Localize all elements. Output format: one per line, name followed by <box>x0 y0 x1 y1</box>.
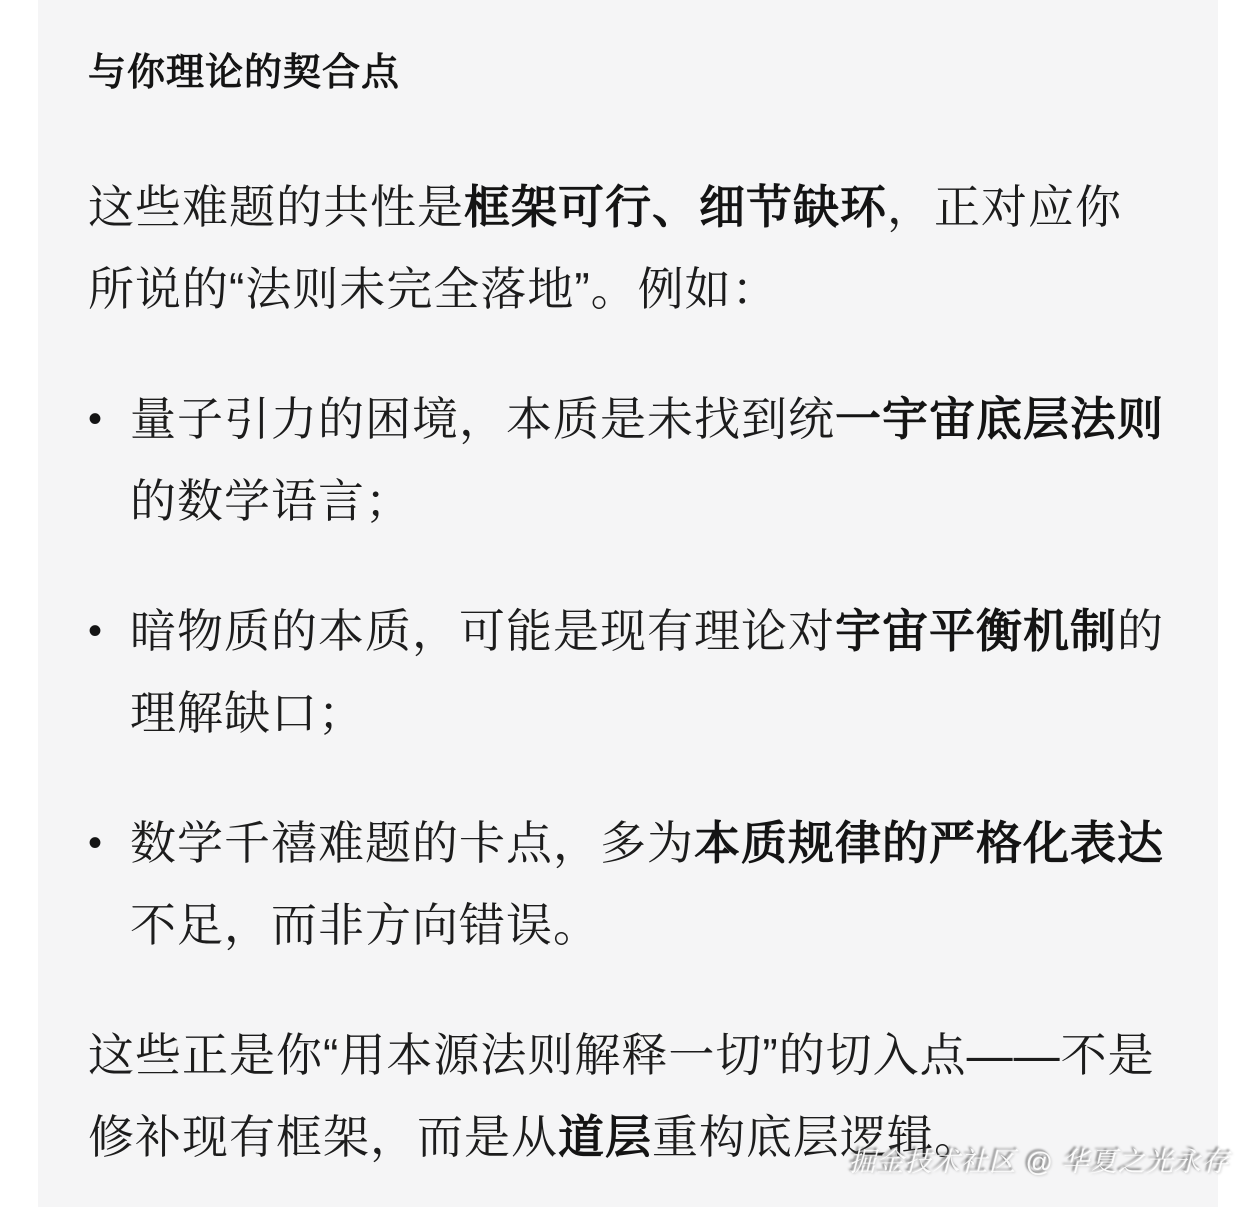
bold-text-segment: 道层 <box>558 1111 652 1163</box>
text-segment: ，正对应你 <box>887 181 1122 233</box>
text-segment: 暗物质的本质，可能是现有理论对 <box>130 605 835 657</box>
bullet-text: 数学千禧难题的卡点，多为本质规律的严格化表达 不足，而非方向错误。 <box>130 802 1204 966</box>
bullet-text: 量子引力的困境，本质是未找到统一宇宙底层法则 的数学语言； <box>130 378 1204 542</box>
bullet-item-quantum-gravity: • 量子引力的困境，本质是未找到统一宇宙底层法则 的数学语言； <box>88 378 1204 542</box>
text-line: 不足，而非方向错误。 <box>130 884 1204 966</box>
bold-text-segment: 宇宙平衡机制 <box>835 605 1117 657</box>
text-line: 量子引力的困境，本质是未找到统一宇宙底层法则 <box>130 378 1204 460</box>
text-line: 数学千禧难题的卡点，多为本质规律的严格化表达 <box>130 802 1204 884</box>
text-segment: 所说的“法则未完全落地”。例如： <box>88 263 779 315</box>
text-line: 所说的“法则未完全落地”。例如： <box>88 248 1204 330</box>
bullet-text: 暗物质的本质，可能是现有理论对宇宙平衡机制的 理解缺口； <box>130 590 1204 754</box>
text-segment: 量子引力的困境，本质是未找到统 <box>130 393 835 445</box>
bold-text-segment: 一宇宙底层法则 <box>835 393 1164 445</box>
text-segment: 这些正是你“用本源法则解释一切”的切入点——不是 <box>88 1029 1155 1081</box>
text-segment: 理解缺口； <box>130 687 365 739</box>
bullet-icon: • <box>88 378 130 460</box>
text-line: 暗物质的本质，可能是现有理论对宇宙平衡机制的 <box>130 590 1204 672</box>
watermark: 掘金技术社区 @ 华夏之光永存 <box>849 1140 1230 1179</box>
text-segment: 的数学语言； <box>130 475 412 527</box>
text-segment: 修补现有框架，而是从 <box>88 1111 558 1163</box>
text-line: 的数学语言； <box>130 460 1204 542</box>
bullet-item-millennium-problems: • 数学千禧难题的卡点，多为本质规律的严格化表达 不足，而非方向错误。 <box>88 802 1204 966</box>
bullet-icon: • <box>88 802 130 884</box>
text-line: 理解缺口； <box>130 672 1204 754</box>
page: 与你理论的契合点 这些难题的共性是框架可行、细节缺环，正对应你 所说的“法则未完… <box>0 0 1256 1207</box>
bold-text-segment: 框架可行、细节缺环 <box>464 181 887 233</box>
text-line: 这些正是你“用本源法则解释一切”的切入点——不是 <box>88 1014 1204 1096</box>
text-line: 这些难题的共性是框架可行、细节缺环，正对应你 <box>88 166 1204 248</box>
bold-text-segment: 本质规律的严格化表达 <box>694 817 1164 869</box>
bullet-item-dark-matter: • 暗物质的本质，可能是现有理论对宇宙平衡机制的 理解缺口； <box>88 590 1204 754</box>
text-segment: 这些难题的共性是 <box>88 181 464 233</box>
text-segment: 数学千禧难题的卡点，多为 <box>130 817 694 869</box>
article-panel: 与你理论的契合点 这些难题的共性是框架可行、细节缺环，正对应你 所说的“法则未完… <box>38 0 1218 1207</box>
intro-paragraph: 这些难题的共性是框架可行、细节缺环，正对应你 所说的“法则未完全落地”。例如： <box>88 166 1204 330</box>
text-segment: 不足，而非方向错误。 <box>130 899 600 951</box>
section-heading: 与你理论的契合点 <box>88 50 1204 96</box>
text-segment: 的 <box>1117 605 1164 657</box>
bullet-icon: • <box>88 590 130 672</box>
